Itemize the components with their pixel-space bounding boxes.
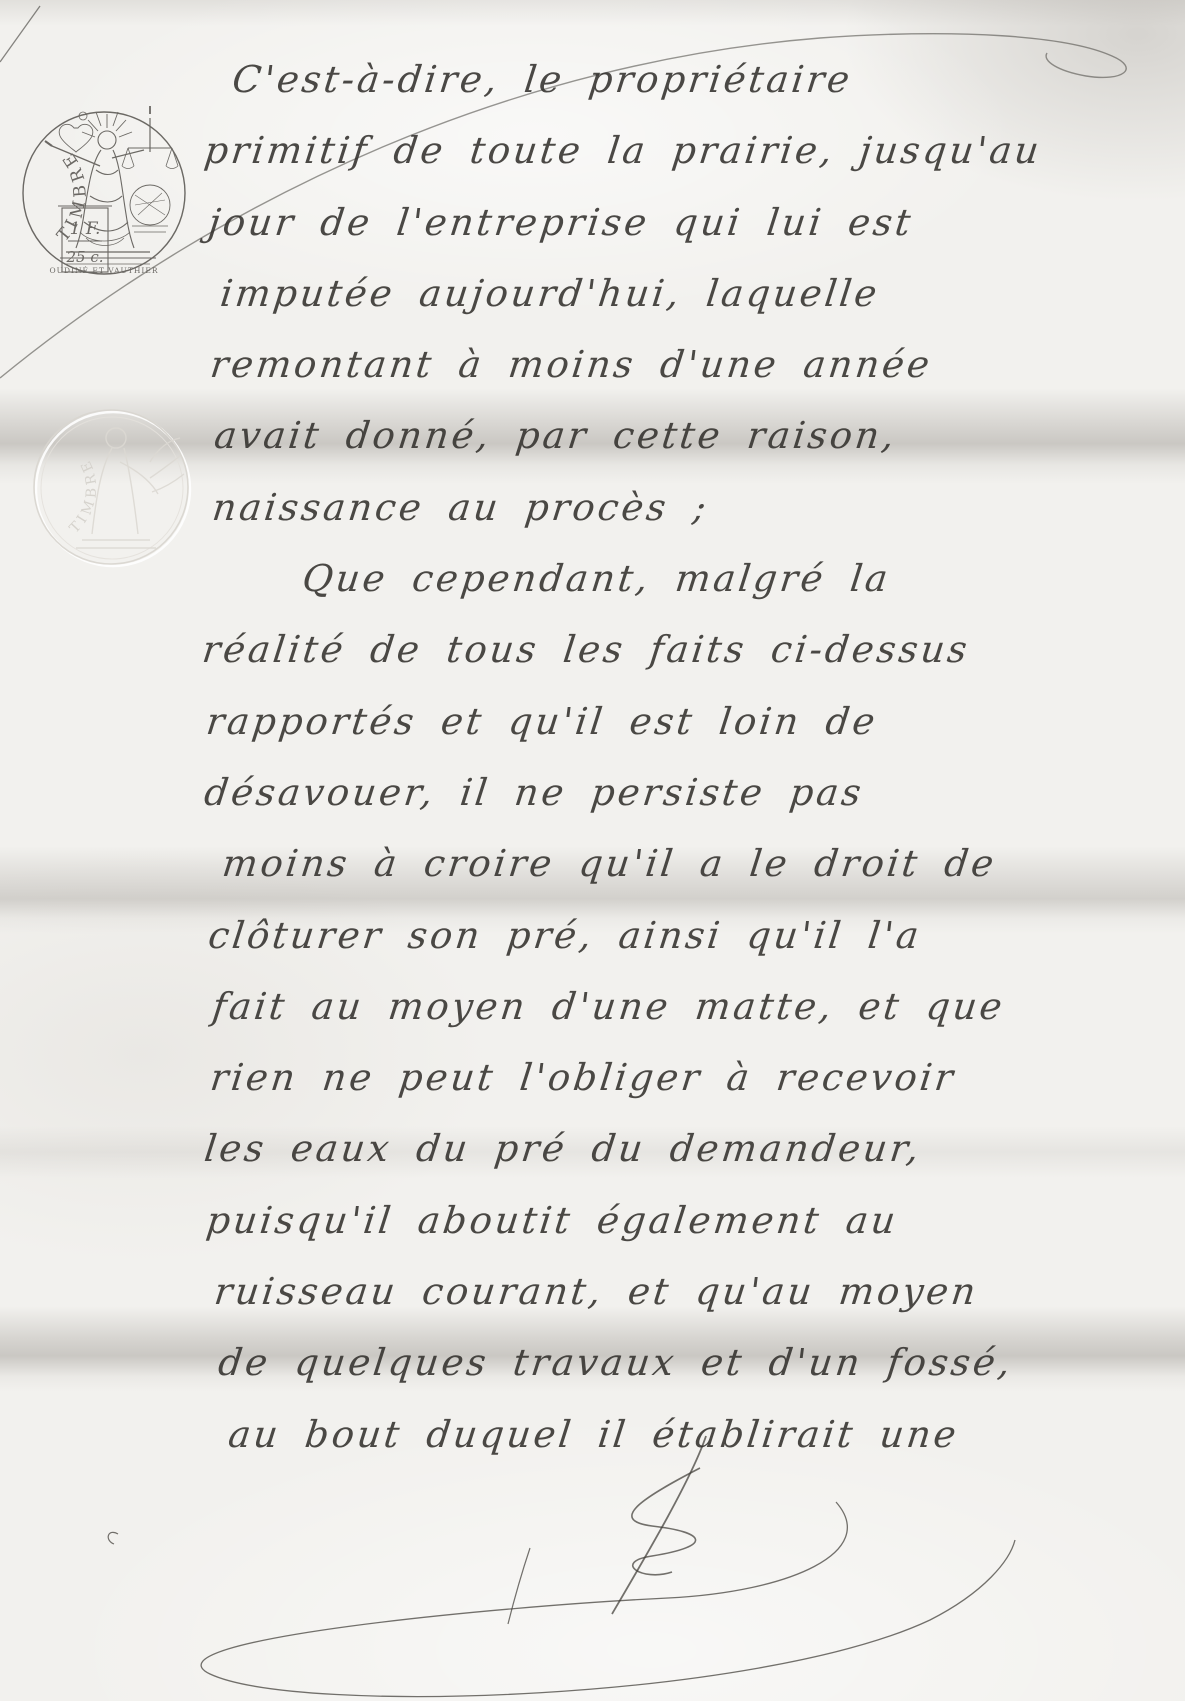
manuscript-line: moins à croire qu'il a le droit de bbox=[220, 814, 1185, 885]
manuscript-line: naissance au procès ; bbox=[210, 458, 1185, 529]
manuscript-line: puisqu'il aboutit également au bbox=[204, 1171, 1185, 1242]
svg-text:TIMBRE: TIMBRE bbox=[53, 145, 91, 245]
stamp-denomination-centimes: 25 c. bbox=[65, 248, 103, 266]
manuscript-line: rien ne peut l'obliger à recevoir bbox=[208, 1028, 1185, 1099]
manuscript-line: remontant à moins d'une année bbox=[208, 315, 1185, 386]
manuscript-line: C'est-à-dire, le propriétaire bbox=[230, 30, 1185, 101]
tax-stamp-icon: TIMBRE 1 F. 25 c. bbox=[23, 106, 185, 275]
manuscript-line: clôturer son pré, ainsi qu'il l'a bbox=[206, 886, 1185, 957]
manuscript-line: de quelques travaux et d'un fossé, bbox=[216, 1313, 1185, 1384]
stamp-denomination-francs: 1 F. bbox=[70, 219, 101, 239]
embossed-seal-icon: TIMBRE bbox=[34, 410, 190, 566]
manuscript-line: fait au moyen d'une matte, et que bbox=[210, 957, 1185, 1028]
manuscript-line: réalité de tous les faits ci-dessus bbox=[200, 600, 1185, 671]
manuscript-page: TIMBRE 1 F. 25 c. bbox=[0, 0, 1185, 1701]
manuscript-line: désavouer, il ne persiste pas bbox=[202, 743, 1185, 814]
seal-label: TIMBRE bbox=[67, 455, 101, 537]
signature-paraph bbox=[108, 1436, 1015, 1697]
manuscript-text-block: C'est-à-dire, le propriétaire primitif d… bbox=[204, 30, 1185, 1456]
stamp-engravers: OUDINÉ ET VAUTHIER bbox=[50, 266, 159, 275]
manuscript-line: au bout duquel il établirait une bbox=[226, 1385, 1185, 1456]
manuscript-line: imputée aujourd'hui, laquelle bbox=[218, 244, 1185, 315]
manuscript-line: jour de l'entreprise qui lui est bbox=[206, 173, 1185, 244]
svg-text:TIMBRE: TIMBRE bbox=[67, 455, 101, 537]
corner-pen-stroke bbox=[0, 6, 40, 62]
manuscript-line: les eaux du pré du demandeur, bbox=[202, 1099, 1185, 1170]
manuscript-line: ruisseau courant, et qu'au moyen bbox=[212, 1242, 1185, 1313]
manuscript-line: primitif de toute la prairie, jusqu'au bbox=[202, 101, 1185, 172]
manuscript-line: Que cependant, malgré la bbox=[300, 529, 1185, 600]
manuscript-line: avait donné, par cette raison, bbox=[212, 386, 1185, 457]
stamp-label: TIMBRE bbox=[53, 145, 91, 245]
manuscript-line: rapportés et qu'il est loin de bbox=[204, 672, 1185, 743]
